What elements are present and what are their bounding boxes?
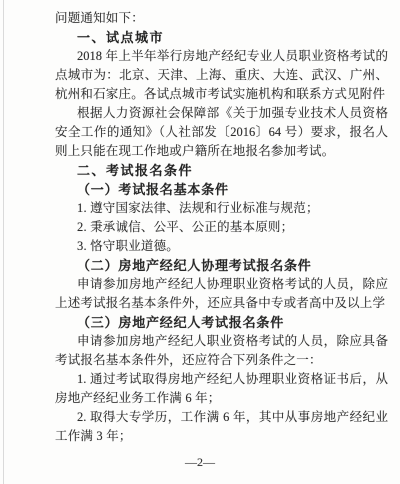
document-line: 安全工作的通知》（人社部发〔2016〕64 号）要求，报名人员原 [55,123,388,142]
document-line: 考试报名基本条件外，还应符合下列条件之一： [55,351,388,370]
document-line: 工作满 3 年； [55,427,388,446]
document-line: 申请参加房地产经纪人协理职业资格考试的人员，除应具备 [55,275,388,294]
document-line: （二）房地产经纪人协理考试报名条件 [55,256,388,275]
document-line: 二、考试报名条件 [55,161,388,180]
document-line: （三）房地产经纪人考试报名条件 [55,313,388,332]
document-body: 问题通知如下：一、试点城市2018 年上半年举行房地产经纪专业人员职业资格考试的… [55,9,388,446]
document-line: 3. 恪守职业道德。 [55,237,388,256]
document-line: 房地产经纪业务工作满 6 年； [55,389,388,408]
document-line: 点城市为：北京、天津、上海、重庆、大连、武汉、广州、成都、 [55,66,388,85]
document-line: 1. 通过考试取得房地产经纪人协理职业资格证书后，从事 [55,370,388,389]
document-line: 申请参加房地产经纪人职业资格考试的人员，除应具备上述 [55,332,388,351]
scan-edge-line [3,0,4,484]
document-line: 根据人力资源社会保障部《关于加强专业技术人员资格考试 [55,104,388,123]
document-line: 则上只能在现工作地或户籍所在地报名参加考试。 [55,142,388,161]
document-line: 1. 遵守国家法律、法规和行业标准与规范； [55,199,388,218]
document-line: 2. 取得大专学历，工作满 6 年，其中从事房地产经纪业务 [55,408,388,427]
document-line: 2. 秉承诚信、公平、公正的基本原则； [55,218,388,237]
document-page: 问题通知如下：一、试点城市2018 年上半年举行房地产经纪专业人员职业资格考试的… [0,0,400,484]
document-line: 杭州和石家庄。各试点城市考试实施机构和联系方式见附件 1。 [55,85,388,104]
document-line: 问题通知如下： [55,9,388,28]
document-line: （一）考试报名基本条件 [55,180,388,199]
document-line: 一、试点城市 [55,28,388,47]
document-line: 2018 年上半年举行房地产经纪专业人员职业资格考试的试 [55,47,388,66]
page-number: —2— [0,455,400,470]
document-line: 上述考试报名基本条件外，还应具备中专或者高中及以上学历。 [55,294,388,313]
